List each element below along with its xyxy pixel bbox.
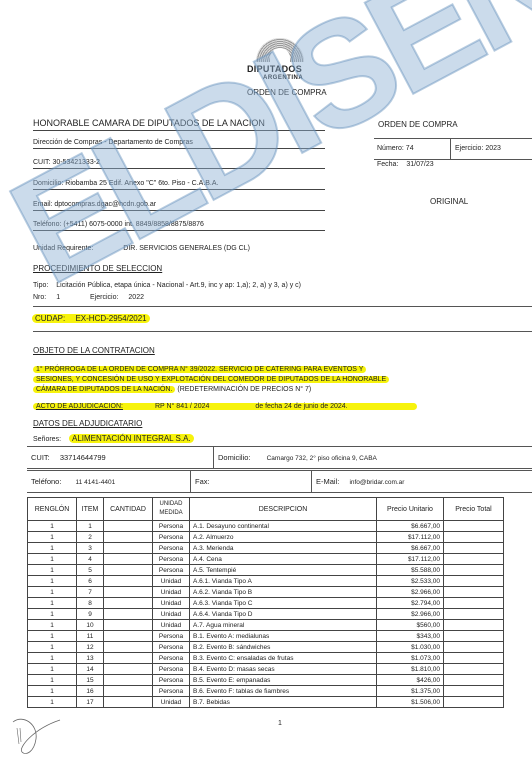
cantidad-cell [104,576,153,587]
divider [450,139,451,159]
table-row: 114PersonaB.4. Evento D: masas secas$1.8… [28,664,504,675]
precio-total-cell [444,576,504,587]
cudap-highlight: CUDAP: EX-HCD-2954/2021 [32,314,150,323]
table-row: 115PersonaB.5. Evento E: empanadas$426,0… [28,675,504,686]
cuit-label: CUIT: [31,453,50,462]
descripcion-cell: A.6.1. Vianda Tipo A [190,576,377,587]
logo-subtitle: ARGENTINA [263,75,303,81]
cantidad-cell [104,620,153,631]
renglon-cell: 1 [28,587,77,598]
objeto-line3-rest: (REDETERMINACIÓN DE PRECIOS N° 7) [177,386,311,393]
renglon-cell: 1 [28,565,77,576]
adjudicatario-contact-table: Teléfono: 11 4141-4401 Fax: E-Mail: info… [27,470,532,493]
col-cantidad: CANTIDAD [104,498,153,521]
table-row: 17UnidadA.6.2. Vianda Tipo B$2.966,00 [28,587,504,598]
proc-ejercicio-label: Ejercicio: [90,294,118,301]
renglon-cell: 1 [28,598,77,609]
cantidad-cell [104,631,153,642]
renglon-cell: 1 [28,653,77,664]
precio-total-cell [444,587,504,598]
precio-total-cell [444,653,504,664]
page-number: 1 [278,720,282,727]
col-precio-total: Precio Total [444,498,504,521]
precio-unitario-cell: $2.533,00 [377,576,444,587]
divider [33,306,532,307]
unidad-cell: Unidad [153,598,190,609]
tipo-label: Tipo: [33,282,48,289]
divider [33,331,532,332]
precio-total-cell [444,554,504,565]
issuer-cuit: CUIT: 30-53421333-2 [33,159,325,169]
cantidad-cell [104,565,153,576]
descripcion-cell: A.6.2. Vianda Tipo B [190,587,377,598]
table-row: 16UnidadA.6.1. Vianda Tipo A$2.533,00 [28,576,504,587]
objeto-line3-highlight: CÁMARA DE DIPUTADOS DE LA NACIÓN. [33,386,175,393]
unidad-cell: Persona [153,554,190,565]
col-descripcion: DESCRIPCION [190,498,377,521]
descripcion-cell: A.5. Tentempié [190,565,377,576]
unidad-cell: Persona [153,664,190,675]
fax-label: Fax: [195,477,210,486]
precio-total-cell [444,642,504,653]
procedimiento-heading: PROCEDIMIENTO DE SELECCION [33,264,162,273]
descripcion-cell: B.6. Evento F: tablas de fiambres [190,686,377,697]
renglon-cell: 1 [28,686,77,697]
precio-unitario-cell: $2.794,00 [377,598,444,609]
table-row: 116PersonaB.6. Evento F: tablas de fiamb… [28,686,504,697]
precio-total-cell [444,697,504,708]
cantidad-cell [104,532,153,543]
descripcion-cell: A.4. Cena [190,554,377,565]
tipo-value: Licitación Pública, etapa única - Nacion… [56,282,301,289]
precio-unitario-cell: $1.506,00 [377,697,444,708]
issuer-email: Email: dptocompras.dgac@hcdn.gob.ar [33,201,325,211]
order-number-box: Número: 74 Ejercicio: 2023 [374,138,532,160]
copy-label: ORIGINAL [430,197,468,206]
unidad-cell: Unidad [153,620,190,631]
item-cell: 14 [77,664,104,675]
renglon-cell: 1 [28,620,77,631]
item-cell: 3 [77,543,104,554]
doc-title: ORDEN DE COMPRA [247,88,327,97]
numero-label: Número: [377,145,404,152]
unidad-value: DIR. SERVICIOS GENERALES (DG CL) [123,245,250,252]
adjudicatario-name: ALIMENTACIÓN INTEGRAL S.A. [69,434,194,443]
order-box-title: ORDEN DE COMPRA [378,120,458,129]
item-cell: 16 [77,686,104,697]
precio-total-cell [444,609,504,620]
item-cell: 7 [77,587,104,598]
col-unidad: UNIDAD MEDIDA [153,498,190,521]
renglon-cell: 1 [28,664,77,675]
descripcion-cell: A.6.4. Vianda Tipo D [190,609,377,620]
precio-total-cell [444,598,504,609]
precio-unitario-cell: $5.588,00 [377,565,444,576]
item-cell: 4 [77,554,104,565]
objeto-line1: 1° PRÓRROGA DE LA ORDEN DE COMPRA N° 39/… [33,366,366,373]
descripcion-cell: B.5. Evento E: empanadas [190,675,377,686]
senores-label: Señores: [33,436,61,443]
renglon-cell: 1 [28,554,77,565]
col-item: ITEM [77,498,104,521]
precio-total-cell [444,565,504,576]
items-header-row: RENGLÓN ITEM CANTIDAD UNIDAD MEDIDA DESC… [28,498,504,521]
renglon-cell: 1 [28,543,77,554]
table-row: 19UnidadA.6.4. Vianda Tipo D$2.966,00 [28,609,504,620]
precio-unitario-cell: $426,00 [377,675,444,686]
descripcion-cell: B.2. Evento B: sándwiches [190,642,377,653]
nro-value: 1 [56,294,60,301]
adjudicatario-info-table: CUIT: 33714644799 Domicilio: Camargo 732… [27,446,532,469]
item-cell: 2 [77,532,104,543]
precio-total-cell [444,620,504,631]
precio-unitario-cell: $1.375,00 [377,686,444,697]
fecha-label: Fecha: [377,161,398,168]
cantidad-cell [104,642,153,653]
precio-total-cell [444,521,504,532]
col-renglon: RENGLÓN [28,498,77,521]
cantidad-cell [104,587,153,598]
email-value: info@bridar.com.ar [349,479,404,486]
precio-total-cell [444,631,504,642]
item-cell: 15 [77,675,104,686]
renglon-cell: 1 [28,631,77,642]
renglon-cell: 1 [28,576,77,587]
telefono-value: 11 4141-4401 [76,479,116,486]
unidad-cell: Persona [153,675,190,686]
item-cell: 17 [77,697,104,708]
issuer-address: Domicilio: Riobamba 25 Edif. Anexo "C" 6… [33,180,325,190]
table-row: 110UnidadA.7. Agua mineral$560,00 [28,620,504,631]
adjudicacion-rp: RP N° 841 / 2024 [155,403,209,410]
ejercicio-label: Ejercicio: [455,145,483,152]
table-row: 13PersonaA.3. Merienda$6.667,00 [28,543,504,554]
unidad-cell: Persona [153,653,190,664]
adjudicatario-heading: DATOS DEL ADJUDICATARIO [33,419,142,428]
unidad-cell: Persona [153,686,190,697]
unidad-cell: Unidad [153,576,190,587]
unidad-label: Unidad Requirente: [33,245,93,252]
objeto-heading: OBJETO DE LA CONTRATACION [33,346,155,355]
table-row: 14PersonaA.4. Cena$17.112,00 [28,554,504,565]
unidad-cell: Persona [153,521,190,532]
descripcion-cell: B.7. Bebidas [190,697,377,708]
adjudicacion-label: ACTO DE ADJUDICACION: [36,403,123,410]
descripcion-cell: B.1. Evento A: medialunas [190,631,377,642]
table-row: 11PersonaA.1. Desayuno continental$6.667… [28,521,504,532]
item-cell: 11 [77,631,104,642]
unidad-cell: Unidad [153,609,190,620]
cantidad-cell [104,543,153,554]
descripcion-cell: A.7. Agua mineral [190,620,377,631]
descripcion-cell: B.4. Evento D: masas secas [190,664,377,675]
item-cell: 8 [77,598,104,609]
domicilio-value: Camargo 732, 2° piso oficina 9, CABA [267,455,377,462]
col-precio-unitario: Precio Unitario [377,498,444,521]
cudap-label: CUDAP: [35,314,65,323]
table-row: 15PersonaA.5. Tentempié$5.588,00 [28,565,504,576]
precio-unitario-cell: $2.966,00 [377,609,444,620]
domicilio-label: Domicilio: [218,453,251,462]
renglon-cell: 1 [28,521,77,532]
table-row: 112PersonaB.2. Evento B: sándwiches$1.03… [28,642,504,653]
unidad-cell: Unidad [153,697,190,708]
precio-unitario-cell: $1.073,00 [377,653,444,664]
cantidad-cell [104,554,153,565]
cuit-value: 33714644799 [60,453,106,462]
cantidad-cell [104,521,153,532]
numero-value: 74 [406,145,414,152]
cantidad-cell [104,598,153,609]
precio-unitario-cell: $17.112,00 [377,532,444,543]
unidad-cell: Unidad [153,587,190,598]
issuer-phone: Teléfono: (+5411) 6075-0000 int. 8849/88… [33,221,325,231]
precio-total-cell [444,686,504,697]
cantidad-cell [104,664,153,675]
objeto-line2: SESIONES, Y CONCESIÓN DE USO Y EXPLOTACI… [33,376,389,383]
renglon-cell: 1 [28,675,77,686]
precio-unitario-cell: $6.667,00 [377,521,444,532]
table-row: 111PersonaB.1. Evento A: medialunas$343,… [28,631,504,642]
precio-unitario-cell: $343,00 [377,631,444,642]
item-cell: 13 [77,653,104,664]
descripcion-cell: A.2. Almuerzo [190,532,377,543]
cantidad-cell [104,653,153,664]
item-cell: 5 [77,565,104,576]
telefono-label: Teléfono: [31,477,61,486]
table-row: 113PersonaB.3. Evento C: ensaladas de fr… [28,653,504,664]
cantidad-cell [104,686,153,697]
renglon-cell: 1 [28,642,77,653]
renglon-cell: 1 [28,609,77,620]
issuer-name: HONORABLE CAMARA DE DIPUTADOS DE LA NACI… [33,118,325,131]
precio-unitario-cell: $6.667,00 [377,543,444,554]
precio-total-cell [444,532,504,543]
precio-total-cell [444,675,504,686]
item-cell: 12 [77,642,104,653]
congress-logo-icon [256,38,304,62]
precio-unitario-cell: $1.030,00 [377,642,444,653]
unidad-cell: Persona [153,532,190,543]
table-row: 117UnidadB.7. Bebidas$1.506,00 [28,697,504,708]
descripcion-cell: A.3. Merienda [190,543,377,554]
unidad-cell: Persona [153,543,190,554]
issuer-department: Dirección de Compras - Departamento de C… [33,139,325,149]
table-row: 18UnidadA.6.3. Vianda Tipo C$2.794,00 [28,598,504,609]
adjudicacion-fecha: de fecha 24 de junio de 2024. [255,403,347,410]
item-cell: 9 [77,609,104,620]
nro-label: Nro: [33,294,46,301]
precio-total-cell [444,543,504,554]
precio-unitario-cell: $560,00 [377,620,444,631]
unidad-cell: Persona [153,565,190,576]
renglon-cell: 1 [28,697,77,708]
ejercicio-value: 2023 [485,145,501,152]
logo-title: DIPUTADOS [247,64,302,74]
descripcion-cell: A.6.3. Vianda Tipo C [190,598,377,609]
precio-unitario-cell: $17.112,00 [377,554,444,565]
item-cell: 6 [77,576,104,587]
cantidad-cell [104,609,153,620]
cantidad-cell [104,675,153,686]
precio-unitario-cell: $2.966,00 [377,587,444,598]
renglon-cell: 1 [28,532,77,543]
signature-icon [8,714,63,759]
item-cell: 1 [77,521,104,532]
adjudicacion-highlight: ACTO DE ADJUDICACION: RP N° 841 / 2024 d… [33,403,417,410]
precio-unitario-cell: $1.810,00 [377,664,444,675]
unidad-cell: Persona [153,642,190,653]
cudap-value: EX-HCD-2954/2021 [75,314,146,323]
unidad-cell: Persona [153,631,190,642]
proc-ejercicio-value: 2022 [128,294,144,301]
descripcion-cell: B.3. Evento C: ensaladas de frutas [190,653,377,664]
email-label: E-Mail: [316,477,339,486]
cantidad-cell [104,697,153,708]
descripcion-cell: A.1. Desayuno continental [190,521,377,532]
table-row: 12PersonaA.2. Almuerzo$17.112,00 [28,532,504,543]
item-cell: 10 [77,620,104,631]
fecha-value: 31/07/23 [406,161,433,168]
precio-total-cell [444,664,504,675]
items-table: RENGLÓN ITEM CANTIDAD UNIDAD MEDIDA DESC… [27,497,504,708]
